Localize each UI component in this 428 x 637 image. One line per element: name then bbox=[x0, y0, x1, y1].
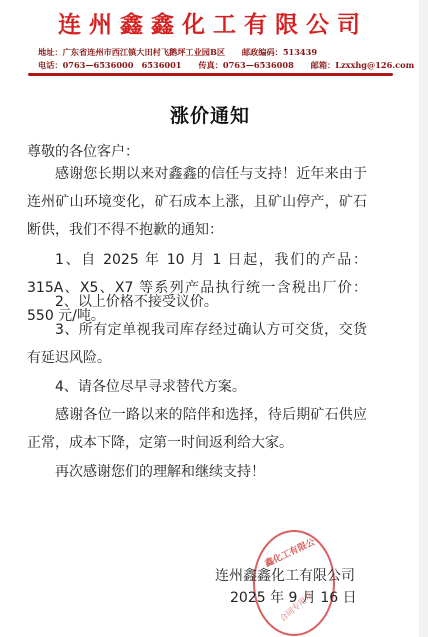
phone-text: 电话：0763—6536000 6536001 bbox=[38, 60, 181, 70]
paragraph-item-4: 4、请各位尽早寻求替代方案。 bbox=[27, 373, 367, 401]
email-text: 邮箱：Lzxxhg@126.com bbox=[311, 60, 415, 70]
document-title: 涨价通知 bbox=[0, 101, 420, 128]
postcode-text: 邮政编码：513439 bbox=[242, 47, 317, 57]
paragraph-item-2: 2、以上价格不接受议价。 bbox=[27, 288, 367, 316]
paragraph-closing: 再次感谢您们的理解和继续支持！ bbox=[27, 458, 367, 486]
fax-text: 传真：0763—6536008 bbox=[198, 60, 293, 70]
contact-line-phone: 电话：0763—6536000 6536001 传真：0763—6536008 … bbox=[38, 60, 428, 70]
letterhead-divider bbox=[28, 73, 393, 76]
signature-block: 连州鑫鑫化工有限公司 2025 年 9 月 16 日 bbox=[215, 565, 357, 609]
paragraph-thanks: 感谢各位一路以来的陪伴和选择，待后期矿石供应正常，成本下降，定第一时间返利给大家… bbox=[27, 401, 367, 457]
page-margin-strip bbox=[419, 0, 428, 637]
salutation: 尊敬的各位客户： bbox=[27, 141, 139, 161]
paragraph-item-3: 3、所有定单视我司库存经过确认方可交货，交货有延迟风险。 bbox=[27, 316, 367, 372]
company-name-header: 连州鑫鑫化工有限公司 bbox=[58, 12, 368, 38]
address-text: 地址：广东省连州市西江镇大田村飞鹅坪工业园B区 bbox=[38, 47, 225, 57]
signature-date: 2025 年 9 月 16 日 bbox=[215, 587, 357, 609]
contact-line-address: 地址：广东省连州市西江镇大田村飞鹅坪工业园B区 邮政编码：513439 bbox=[38, 47, 331, 57]
paragraph-intro: 感谢您长期以来对鑫鑫的信任与支持！近年来由于连州矿山环境变化，矿石成本上涨，且矿… bbox=[27, 160, 367, 244]
signature-company: 连州鑫鑫化工有限公司 bbox=[215, 565, 357, 587]
